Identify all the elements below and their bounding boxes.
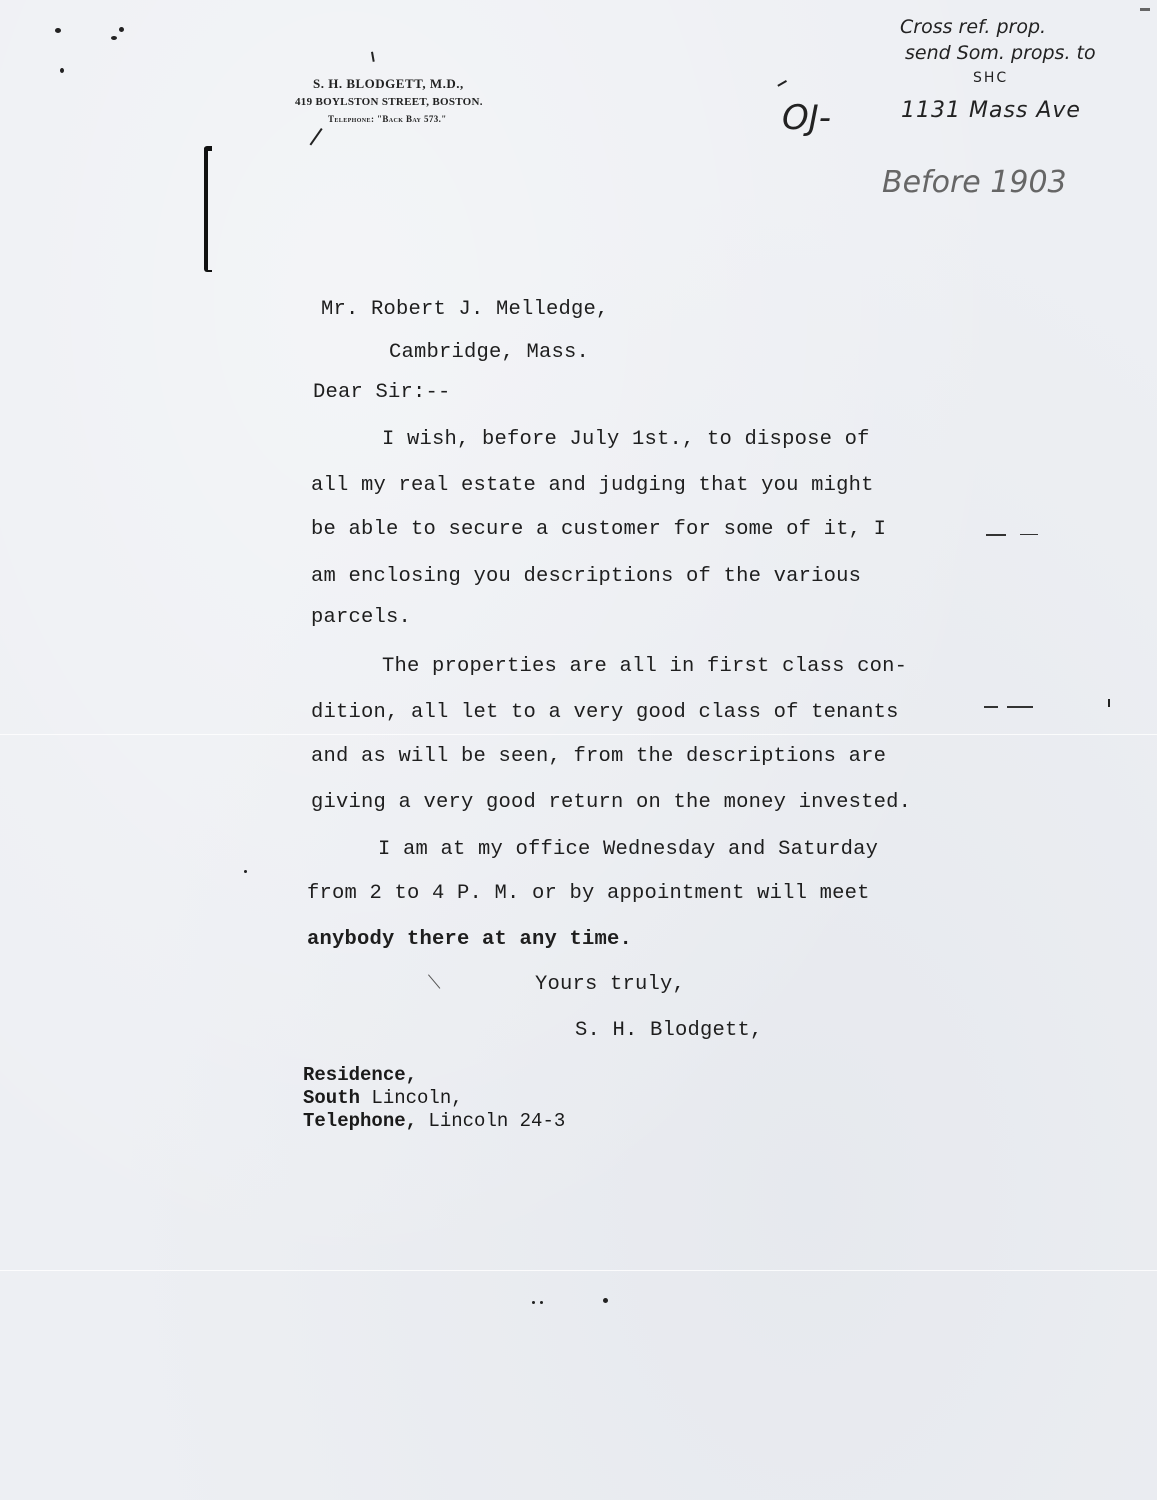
body-line: The properties are all in first class co… <box>382 655 907 678</box>
letter-page: S. H. BLODGETT, M.D., 419 BOYLSTON STREE… <box>0 0 1157 1500</box>
edge-mark <box>1140 8 1150 11</box>
body-line: I wish, before July 1st., to dispose of <box>382 428 870 451</box>
signature-typed: S. H. Blodgett, <box>575 1019 763 1042</box>
margin-bracket-mark <box>204 146 212 272</box>
margin-tick-mark <box>1108 699 1110 707</box>
pen-mark <box>777 80 787 87</box>
pen-mark <box>428 974 440 988</box>
body-line: am enclosing you descriptions of the var… <box>311 565 861 588</box>
ink-speck <box>119 27 124 32</box>
handwritten-initials: OJ- <box>782 98 831 138</box>
body-line: from 2 to 4 P. M. or by appointment will… <box>307 882 870 905</box>
residence-label: Residence, <box>303 1064 565 1087</box>
paper-fold-line <box>0 734 1157 735</box>
pen-mark <box>310 128 323 146</box>
salutation: Dear Sir:-- <box>313 381 451 404</box>
body-line: all my real estate and judging that you … <box>311 474 874 497</box>
residence-telephone-label: Telephone, <box>303 1110 417 1132</box>
body-line: giving a very good return on the money i… <box>311 791 911 814</box>
residence-telephone-line: Telephone, Lincoln 24-3 <box>303 1110 565 1133</box>
residence-telephone-number: Lincoln 24-3 <box>417 1110 565 1132</box>
margin-dash-mark <box>1020 534 1038 535</box>
margin-dash-mark <box>1007 706 1033 708</box>
handwritten-note-line2: send Som. props. to <box>905 42 1096 64</box>
handwritten-address-note: 1131 Mass Ave <box>901 98 1081 123</box>
body-line: dition, all let to a very good class of … <box>311 701 899 724</box>
ink-speck <box>60 68 64 73</box>
letterhead-address: 419 BOYLSTON STREET, BOSTON. <box>295 96 483 108</box>
handwritten-note-line1: Cross ref. prop. <box>900 16 1046 38</box>
ink-speck <box>55 28 61 33</box>
margin-dash-mark <box>984 706 998 708</box>
body-line: and as will be seen, from the descriptio… <box>311 745 886 768</box>
body-line: parcels. <box>311 606 411 629</box>
ink-speck <box>111 36 117 40</box>
letterhead-telephone: Telephone: "Back Bay 573." <box>328 114 447 124</box>
ink-speck <box>603 1298 608 1303</box>
residence-town: Lincoln, <box>360 1087 463 1109</box>
paper-fold-line <box>0 1270 1157 1271</box>
body-line: I am at my office Wednesday and Saturday <box>378 838 878 861</box>
pen-mark <box>371 52 375 62</box>
valediction: Yours truly, <box>535 973 685 996</box>
ink-speck <box>540 1301 543 1304</box>
handwritten-date-note: Before 1903 <box>882 165 1067 200</box>
ink-speck <box>244 870 247 873</box>
recipient-name: Mr. Robert J. Melledge, <box>321 298 609 321</box>
residence-block: Residence, South Lincoln, Telephone, Lin… <box>303 1064 565 1133</box>
body-line: anybody there at any time. <box>307 928 632 951</box>
letterhead-name: S. H. BLODGETT, M.D., <box>313 76 464 92</box>
residence-town-line: South Lincoln, <box>303 1087 565 1110</box>
handwritten-note-line3: SHC <box>973 70 1008 86</box>
residence-town-prefix: South <box>303 1087 360 1109</box>
body-line: be able to secure a customer for some of… <box>311 518 886 541</box>
recipient-city: Cambridge, Mass. <box>389 341 589 364</box>
ink-speck <box>532 1301 535 1304</box>
margin-dash-mark <box>986 534 1006 536</box>
